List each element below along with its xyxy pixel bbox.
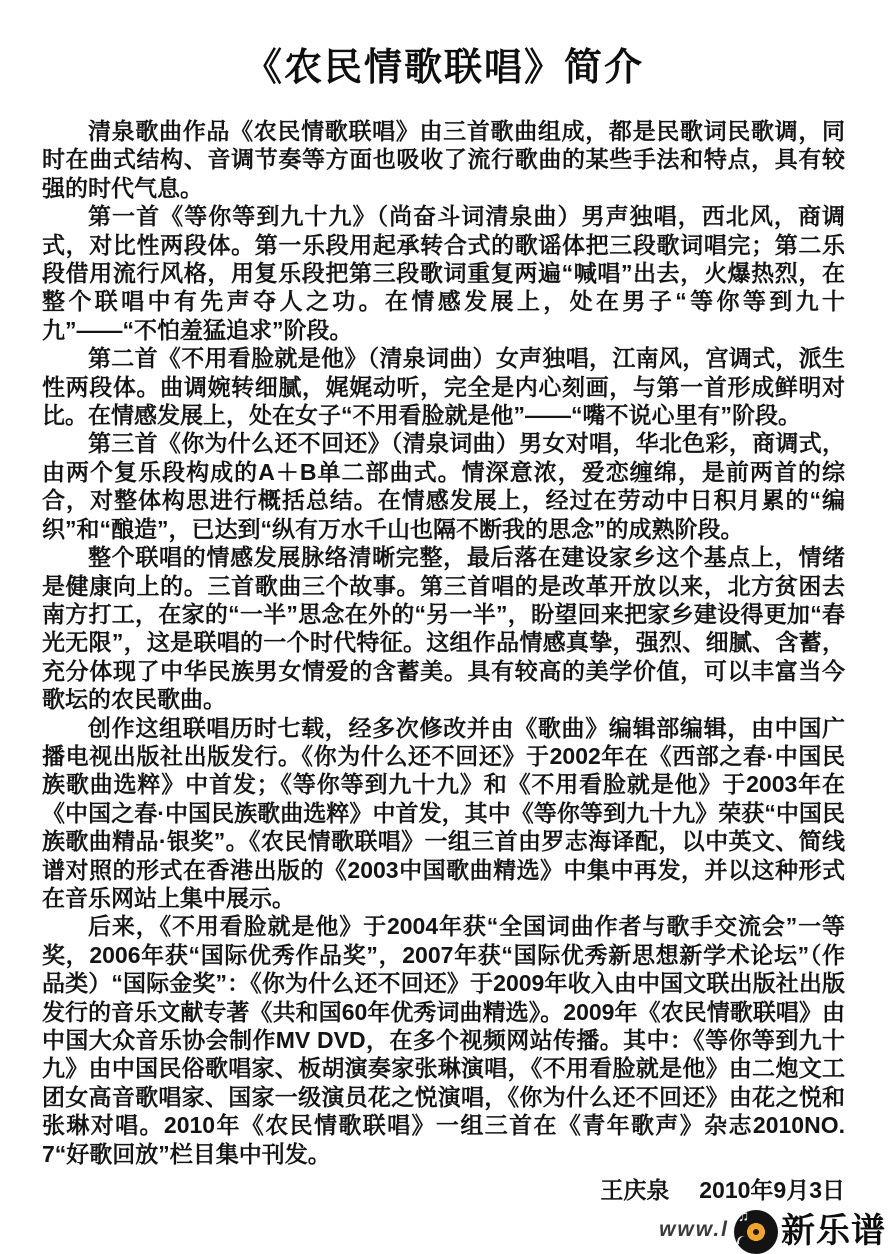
signature-date: 2010年9月3日 [699, 1177, 845, 1203]
watermark-url-text: www.l [659, 1218, 729, 1246]
paragraph-song-2: 第二首《不用看脸就是他》（清泉词曲）女声独唱，江南风，宫调式，派生性两段体。曲调… [42, 344, 845, 429]
disc-shine [735, 1234, 750, 1249]
paragraph-song-3: 第三首《你为什么还不回还》（清泉词曲）男女对唱，华北色彩，商调式，由两个复乐段构… [42, 429, 845, 543]
watermark: www.l ♫ 新乐谱 [659, 1210, 886, 1254]
paragraph-awards: 后来，《不用看脸就是他》于2004年获“全国词曲作者与歌手交流会”一等奖，200… [42, 912, 845, 1168]
music-note-icon: ♫ [738, 1209, 749, 1224]
paragraph-overall-theme: 整个联唱的情感发展脉络清晰完整，最后落在建设家乡这个基点上，情绪是健康向上的。三… [42, 543, 845, 713]
vinyl-record-icon: ♫ [734, 1210, 778, 1254]
document-title: 《农民情歌联唱》简介 [0, 0, 888, 91]
signature-line: 王庆泉2010年9月3日 [42, 1172, 845, 1205]
document-body: 清泉歌曲作品《农民情歌联唱》由三首歌曲组成，都是民歌词民歌调，同时在曲式结构、音… [42, 117, 845, 1168]
watermark-brand: 新乐谱 [781, 1214, 886, 1251]
signature-author: 王庆泉 [600, 1177, 669, 1203]
document-page: 《农民情歌联唱》简介 清泉歌曲作品《农民情歌联唱》由三首歌曲组成，都是民歌词民歌… [0, 0, 888, 1254]
paragraph-publication: 创作这组联唱历时七载，经多次修改并由《歌曲》编辑部编辑，由中国广播电视出版社出版… [42, 714, 845, 913]
paragraph-song-1: 第一首《等你等到九十九》（尚奋斗词清泉曲）男声独唱，西北风，商调式，对比性两段体… [42, 202, 845, 344]
paragraph-intro: 清泉歌曲作品《农民情歌联唱》由三首歌曲组成，都是民歌词民歌调，同时在曲式结构、音… [42, 117, 845, 202]
